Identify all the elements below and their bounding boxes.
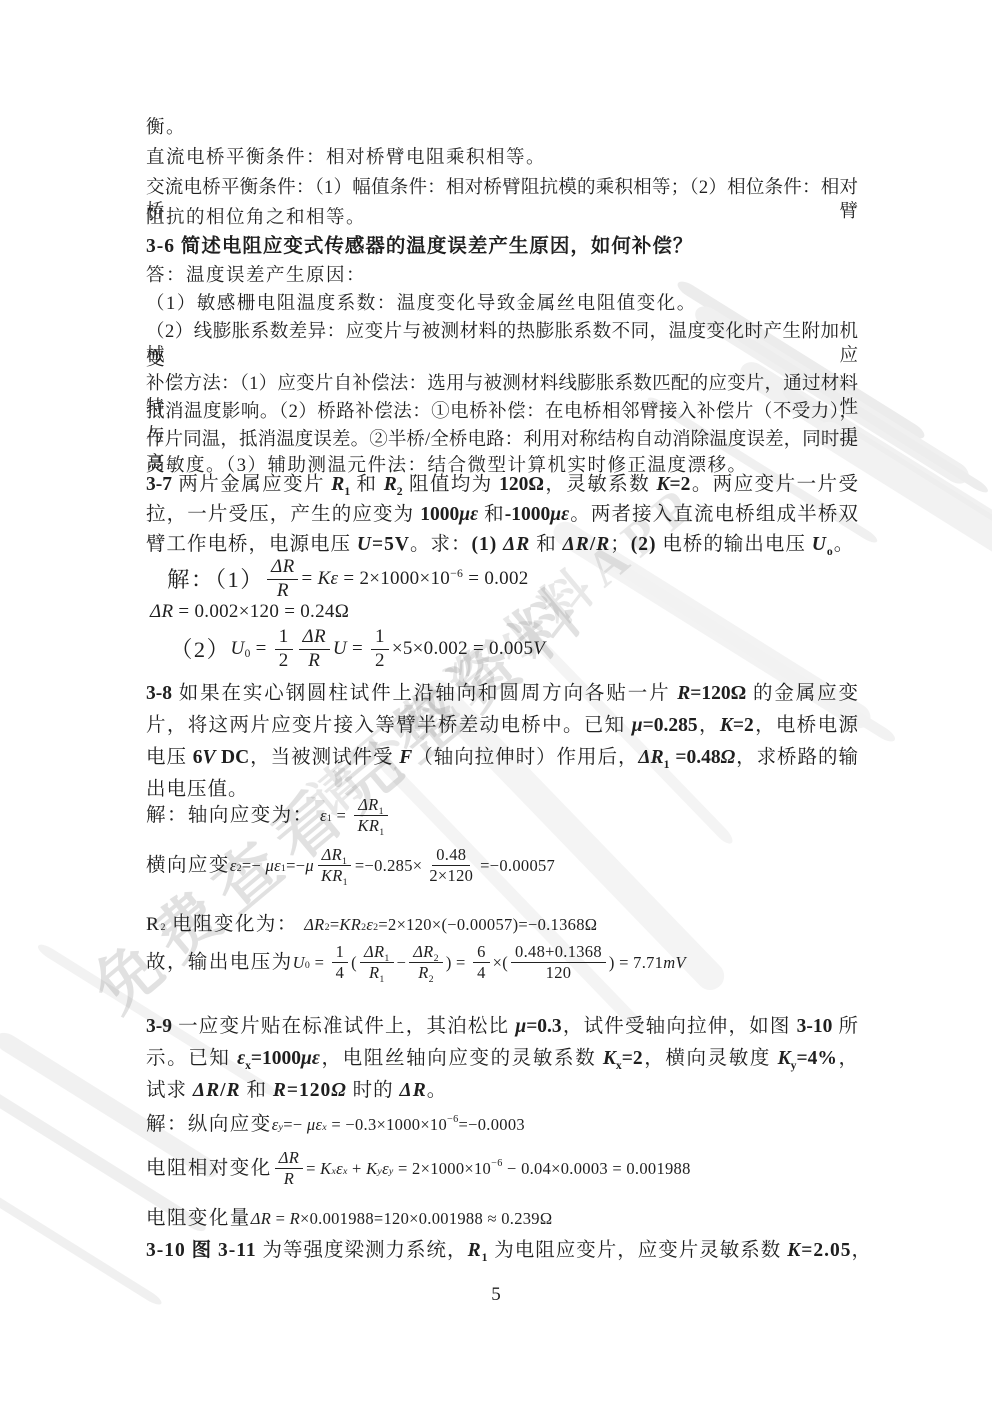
text-line: 3-9 一应变片贴在标准试件上，其泊松比 μ=0.3，试件受轴向拉伸，如图 3-… xyxy=(146,1014,858,1039)
scan-streak xyxy=(375,754,648,1036)
text-line: 答：温度误差产生原因： xyxy=(146,264,366,288)
fraction: 14 xyxy=(332,942,349,983)
text-line: 电阻相对变化ΔRR= Kxεx + Kyεy = 2×1000×10−6 − 0… xyxy=(146,1148,691,1189)
text-line: 直流电桥平衡条件：相对桥臂电阻乘积相等。 xyxy=(146,146,546,170)
fraction: ΔR1KR1 xyxy=(354,795,389,836)
text-line: ΔR = 0.002×120 = 0.24Ω xyxy=(150,600,349,625)
text-line: 故，输出电压为U0 = 14(ΔR1R1−ΔR2R2) = 64×(0.48+0… xyxy=(146,942,686,983)
text-line: 解：（1）ΔRR= Kε = 2×1000×10−6 = 0.002 xyxy=(167,556,529,603)
page-number: 5 xyxy=(0,1284,992,1306)
text-line: 示。已知 εx=1000με，电阻丝轴向应变的灵敏系数 Kx=2，横向灵敏度 K… xyxy=(146,1046,858,1071)
text-line: 试求 ΔR/R 和 R=120Ω 时的 ΔR。 xyxy=(146,1078,447,1103)
fraction: ΔRR xyxy=(267,556,298,603)
text-line: 3-8 如果在实心钢圆柱试件上沿轴向和圆周方向各贴一片 R=120Ω 的金属应变 xyxy=(146,681,858,706)
fraction: 0.482×120 xyxy=(425,845,477,886)
fraction: ΔRR xyxy=(275,1148,303,1189)
text-line: 片，将这两片应变片接入等臂半桥差动电桥中。已知 μ=0.285，K=2，电桥电源 xyxy=(146,713,858,738)
fraction: ΔR1R1 xyxy=(360,942,394,983)
text-line: 阻抗的相位角之和相等。 xyxy=(146,206,366,230)
text-line: 拉，一片受压，产生的应变为 1000με 和-1000με。两者接入直流电桥组成… xyxy=(146,502,858,527)
text-line: 衡。 xyxy=(146,116,186,140)
fraction: ΔR1KR1 xyxy=(317,845,352,886)
text-line: （1）敏感栅电阻温度系数：温度变化导致金属丝电阻值变化。 xyxy=(146,292,697,316)
text-line: R2 电阻变化为： ΔR2=KR2ε2=2×120×(−0.00057)=−0.… xyxy=(146,912,597,937)
fraction: ΔRR xyxy=(299,626,330,673)
text-line: 3-6 简述电阻应变式传感器的温度误差产生原因，如何补偿？ xyxy=(146,234,693,259)
text-line: 3-10 图 3-11 为等强度梁测力系统，R1 为电阻应变片，应变片灵敏系数 … xyxy=(146,1238,872,1263)
text-line: （2）U0 = 12ΔRRU = 12×5×0.002 = 0.005V xyxy=(170,626,545,673)
fraction: ΔR2R2 xyxy=(409,942,443,983)
text-line: 变 xyxy=(146,348,166,372)
fraction: 0.48+0.1368120 xyxy=(511,942,606,983)
text-line: 解：纵向应变εy=− μεx = −0.3×1000×10−6=−0.0003 xyxy=(146,1112,525,1137)
fraction: 64 xyxy=(473,942,490,983)
text-line: 电阻变化量ΔR = R×0.001988=120×0.001988 ≈ 0.23… xyxy=(146,1206,552,1231)
fraction: 12 xyxy=(371,626,389,673)
text-line: 3-7 两片金属应变片 R1 和 R2 阻值均为 120Ω，灵敏系数 K=2。两… xyxy=(146,472,858,497)
document-page: 免费查看完整资料 请下载资小料APP 衡。直流电桥平衡条件：相对桥臂电阻乘积相等… xyxy=(0,0,992,1403)
text-line: 臂工作电桥，电源电压 U=5V。求：(1) ΔR 和 ΔR/R；(2) 电桥的输… xyxy=(146,532,854,557)
text-line: 解：轴向应变为： ε1 = ΔR1KR1 xyxy=(146,795,391,836)
text-line: 横向应变ε2=− με1=−μΔR1KR1=−0.285×0.482×120=−… xyxy=(146,845,555,886)
fraction: 12 xyxy=(275,626,293,673)
text-line: （2）线膨胀系数差异：应变片与被测材料的热膨胀系数不同，温度变化时产生附加机械应 xyxy=(146,320,858,368)
text-line: 电压 6V DC，当被测试件受 F（轴向拉伸时）作用后，ΔR1 =0.48Ω，求… xyxy=(146,745,858,770)
